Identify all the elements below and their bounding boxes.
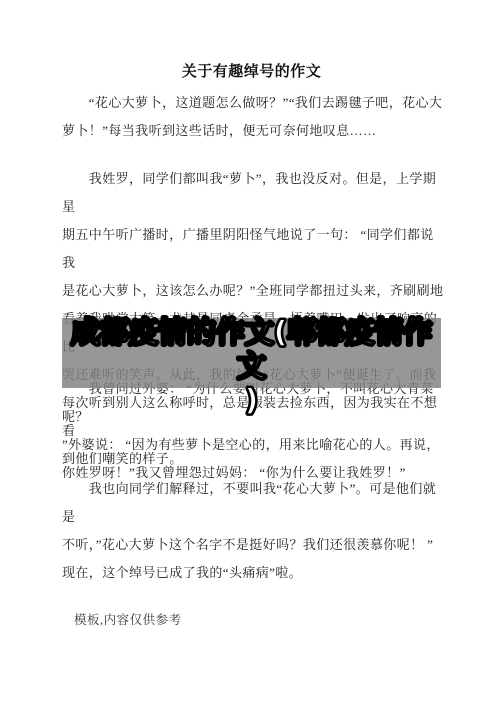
watermark-title: 成都疫情的作文(郫都疫情作文 ): [62, 315, 441, 417]
page-title: 关于有趣绰号的作文: [62, 60, 441, 84]
essay-paragraph-1: “花心大萝卜，这道题怎么做呀？”“我们去踢毽子吧，花心大 萝卜！”每当我听到这些…: [62, 89, 444, 145]
document-page: 关于有趣绰号的作文 “花心大萝卜，这道题怎么做呀？”“我们去踢毽子吧，花心大 萝…: [0, 0, 500, 706]
essay-paragraph-4: 我也向同学们解释过，不要叫我“花心大萝卜”。可是他们就是 不听，”花心大萝卜这个…: [62, 475, 444, 587]
watermark-overlay-band: 成都疫情的作文(郫都疫情作文 ): [62, 318, 441, 388]
footer-note: 模板,内容仅供参考: [74, 610, 182, 630]
